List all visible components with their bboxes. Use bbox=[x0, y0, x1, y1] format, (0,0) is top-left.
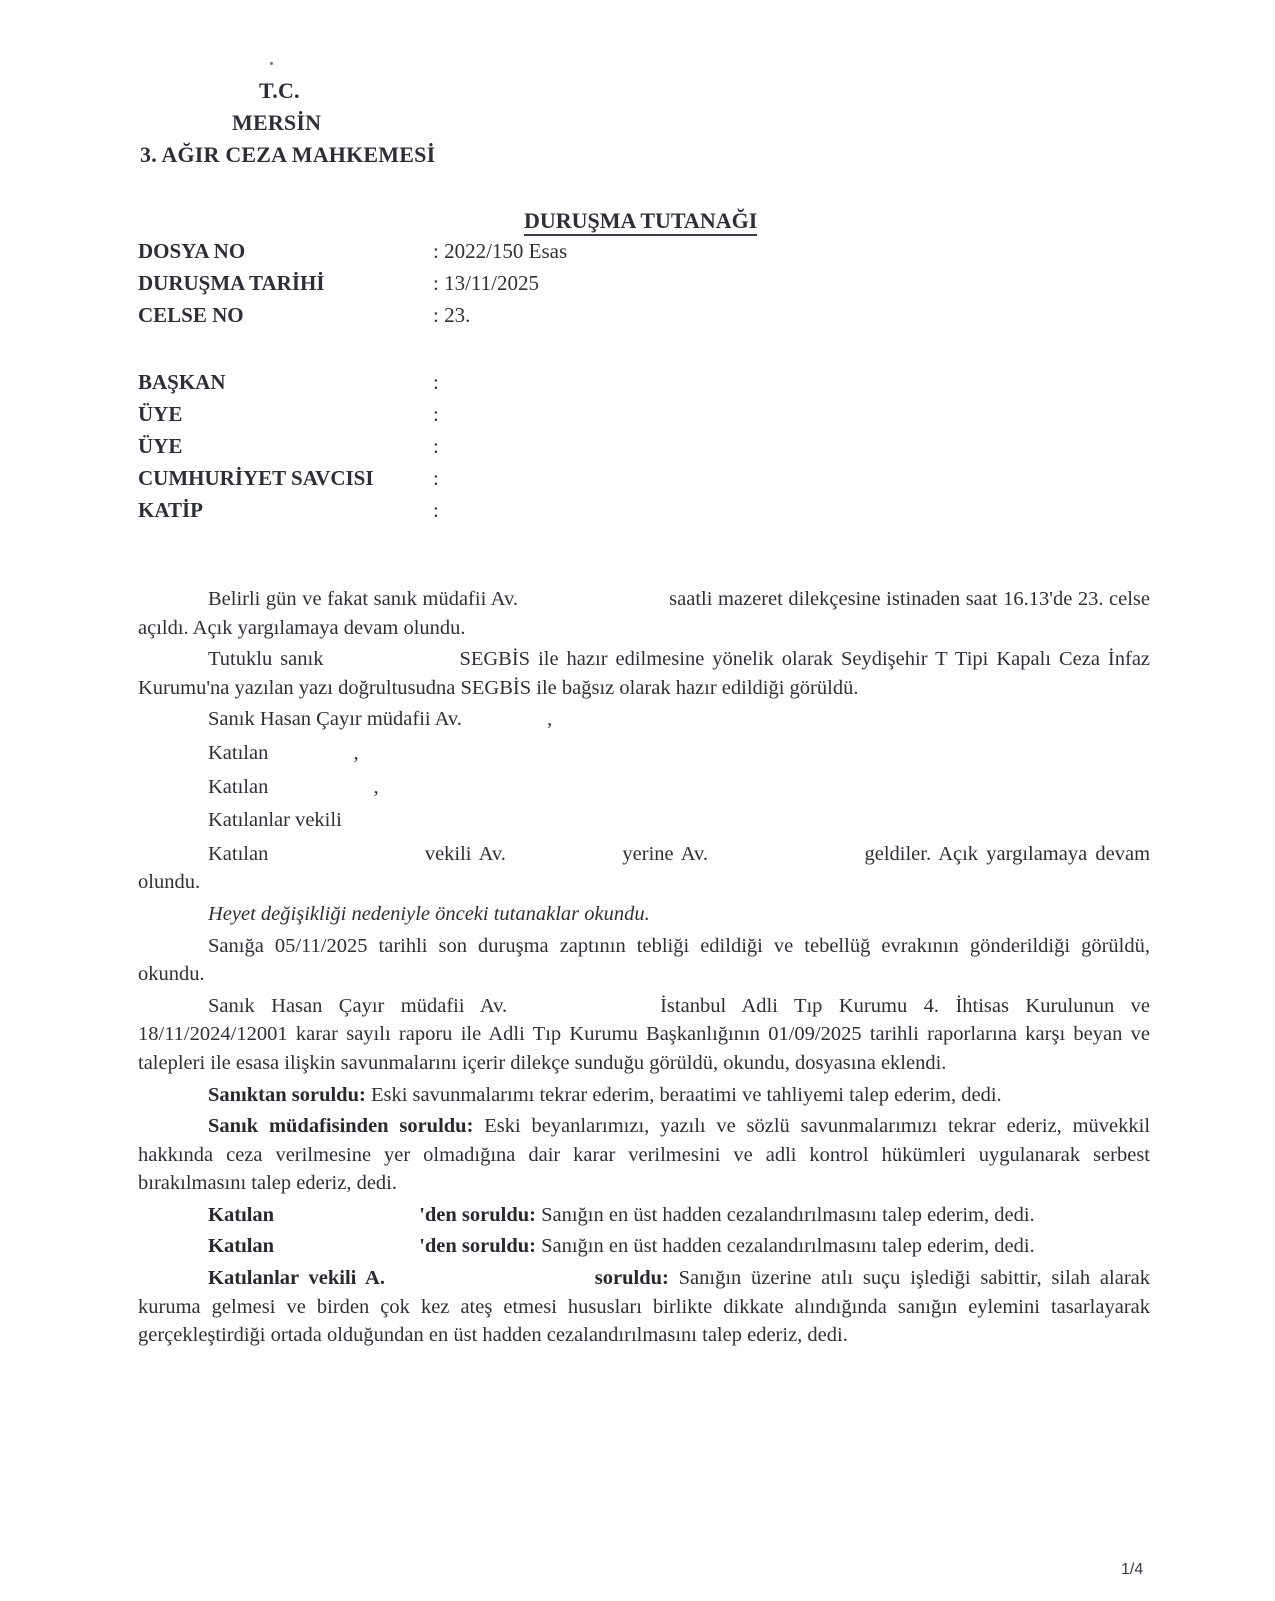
case-info-value: : 13/11/2025 bbox=[433, 268, 539, 299]
opening-paragraph: Belirli gün ve fakat sanık müdafii Av. s… bbox=[138, 585, 1150, 642]
petition-paragraph: Sanık Hasan Çayır müdafii Av. İstanbul A… bbox=[138, 992, 1150, 1078]
redacted-name bbox=[439, 503, 709, 521]
case-info: DOSYA NO : 2022/150 Esas DURUŞMA TARİHİ … bbox=[138, 236, 1038, 336]
panel-change-note: Heyet değişikliği nedeniyle önceki tutan… bbox=[138, 900, 1150, 929]
panel-value: : bbox=[433, 399, 709, 430]
panel-label: CUMHURİYET SAVCISI bbox=[138, 463, 374, 494]
panel-label: ÜYE bbox=[138, 399, 182, 430]
statement-intervener-1: Katılan 'den soruldu: Sanığın en üst had… bbox=[138, 1201, 1150, 1230]
case-info-label: DOSYA NO bbox=[138, 236, 245, 267]
panel-row: ÜYE : bbox=[138, 431, 1038, 463]
redacted-name bbox=[439, 439, 709, 457]
attendee-line: Katılan , bbox=[138, 739, 1150, 768]
panel-members: BAŞKAN : ÜYE : ÜYE : CUMHURİYET SAVCISI … bbox=[138, 367, 1038, 537]
statement-defense-counsel: Sanık müdafisinden soruldu: Eski beyanla… bbox=[138, 1112, 1150, 1198]
page-number: 1/4 bbox=[1121, 1561, 1143, 1579]
attendee-line: Katılan , bbox=[138, 773, 1150, 802]
case-info-label: CELSE NO bbox=[138, 300, 244, 331]
statement-interveners-counsel: Katılanlar vekili A. soruldu: Sanığın üz… bbox=[138, 1264, 1150, 1350]
statement-defendant: Sanıktan soruldu: Eski savunmalarımı tek… bbox=[138, 1081, 1150, 1110]
attendee-line: Katılan vekili Av. yerine Av. geldiler. … bbox=[138, 840, 1150, 897]
case-info-row: CELSE NO : 23. bbox=[138, 300, 1038, 332]
statement-intervener-2: Katılan 'den soruldu: Sanığın en üst had… bbox=[138, 1232, 1150, 1261]
redacted-name bbox=[439, 375, 709, 393]
notification-paragraph: Sanığa 05/11/2025 tarihli son duruşma za… bbox=[138, 932, 1150, 989]
document-page: T.C. MERSİN 3. AĞIR CEZA MAHKEMESİ DURUŞ… bbox=[0, 0, 1275, 1601]
panel-row: KATİP : bbox=[138, 495, 1038, 527]
scan-speck bbox=[270, 62, 273, 65]
panel-row: ÜYE : bbox=[138, 399, 1038, 431]
panel-value: : bbox=[433, 431, 709, 462]
case-info-row: DOSYA NO : 2022/150 Esas bbox=[138, 236, 1038, 268]
panel-row: CUMHURİYET SAVCISI : bbox=[138, 463, 1038, 495]
attendee-line: Katılanlar vekili bbox=[138, 806, 1150, 835]
panel-label: BAŞKAN bbox=[138, 367, 226, 398]
segbis-paragraph: Tutuklu sanık SEGBİS ile hazır edilmesin… bbox=[138, 645, 1150, 702]
redacted-name bbox=[439, 407, 709, 425]
case-info-value: : 2022/150 Esas bbox=[433, 236, 567, 267]
panel-value: : bbox=[433, 367, 709, 398]
case-info-value: : 23. bbox=[433, 300, 470, 331]
city-heading: MERSİN bbox=[232, 110, 321, 136]
redacted-name bbox=[439, 471, 709, 489]
panel-row: BAŞKAN : bbox=[138, 367, 1038, 399]
court-heading: 3. AĞIR CEZA MAHKEMESİ bbox=[140, 142, 435, 168]
minutes-body: Belirli gün ve fakat sanık müdafii Av. s… bbox=[138, 585, 1150, 1353]
document-title: DURUŞMA TUTANAĞI bbox=[524, 207, 757, 236]
case-info-row: DURUŞMA TARİHİ : 13/11/2025 bbox=[138, 268, 1038, 300]
country-heading: T.C. bbox=[259, 78, 300, 104]
panel-value: : bbox=[433, 495, 709, 526]
case-info-label: DURUŞMA TARİHİ bbox=[138, 268, 325, 299]
panel-label: KATİP bbox=[138, 495, 203, 526]
attendee-line: Sanık Hasan Çayır müdafii Av. , bbox=[138, 705, 1150, 734]
panel-label: ÜYE bbox=[138, 431, 182, 462]
panel-value: : bbox=[433, 463, 709, 494]
